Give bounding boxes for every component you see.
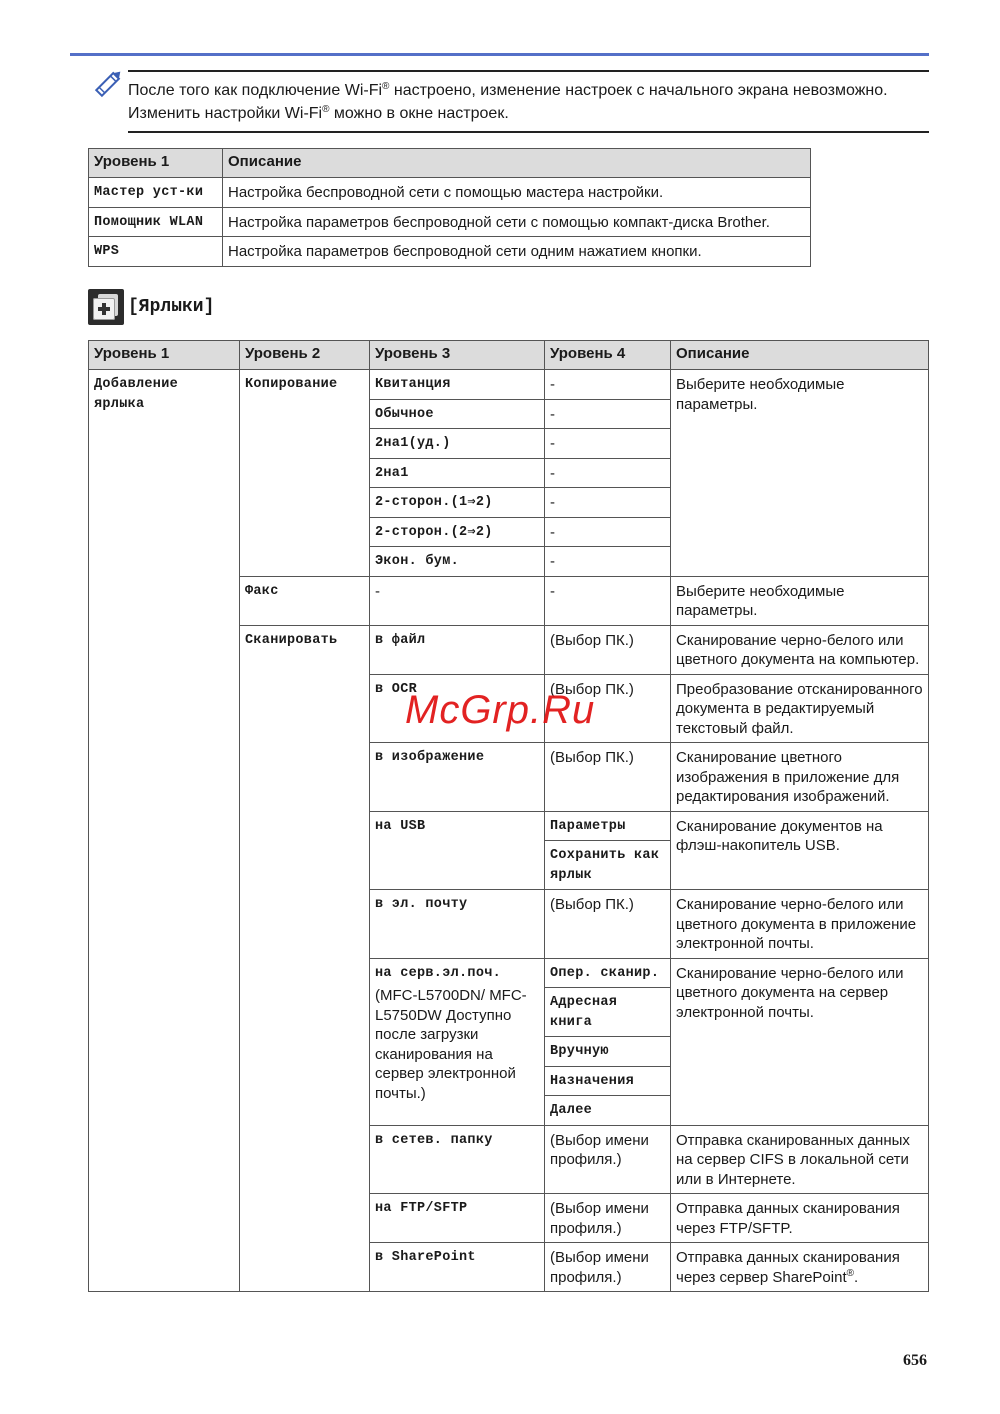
cell-level4: - — [545, 399, 671, 429]
cell-description: Отправка сканированных данных на сервер … — [671, 1125, 929, 1194]
cell-level4: (Выбор ПК.) — [545, 625, 671, 674]
table-row: Мастер уст-ки Настройка беспроводной сет… — [89, 178, 811, 208]
cell-level3: в файл — [370, 625, 545, 674]
table-header-row: Уровень 1 Уровень 2 Уровень 3 Уровень 4 … — [89, 341, 929, 370]
cell-level4: Вручную — [545, 1037, 671, 1067]
table-row: Добавление ярлыка Копирование Квитанция … — [89, 370, 929, 400]
cell-level3: 2-сторон.(1⇒2) — [370, 488, 545, 518]
shortcuts-table: Уровень 1 Уровень 2 Уровень 3 Уровень 4 … — [88, 340, 929, 1292]
header-level1: Уровень 1 — [89, 149, 223, 178]
cell-level4: - — [545, 517, 671, 547]
cell-level3: в сетев. папку — [370, 1125, 545, 1194]
cell-level4: Адресная книга — [545, 988, 671, 1037]
cell-description: Сканирование черно-белого или цветного д… — [671, 890, 929, 959]
top-rule — [70, 53, 929, 56]
page-number: 656 — [903, 1352, 927, 1370]
cell-level4: - — [545, 429, 671, 459]
cell-level4: (Выбор ПК.) — [545, 890, 671, 959]
cell-level2-scan: Сканировать — [240, 625, 370, 1292]
cell-description: Сканирование черно-белого или цветного д… — [671, 625, 929, 674]
section-title: [Ярлыки] — [128, 297, 214, 317]
cell-level3: 2на1 — [370, 458, 545, 488]
cell-level2-fax: Факс — [240, 576, 370, 625]
cell-level4: Далее — [545, 1096, 671, 1126]
cell-level4: (Выбор ПК.) — [545, 743, 671, 812]
cell-level4: Опер. сканир. — [545, 958, 671, 988]
cell-level3: Обычное — [370, 399, 545, 429]
level3-note: (MFC-L5700DN/ MFC-L5750DW Доступно после… — [375, 986, 539, 1103]
header-level2: Уровень 2 — [240, 341, 370, 370]
wireless-setup-table: Уровень 1 Описание Мастер уст-ки Настрой… — [88, 148, 811, 267]
cell-level1: WPS — [89, 237, 223, 267]
pencil-icon — [92, 66, 126, 100]
level3-label: на серв.эл.поч. — [375, 964, 539, 984]
header-level1: Уровень 1 — [89, 341, 240, 370]
cell-level3: на серв.эл.поч. (MFC-L5700DN/ MFC-L5750D… — [370, 958, 545, 1125]
note-body: После того как подключение Wi-Fi® настро… — [128, 70, 929, 133]
cell-level4: - — [545, 488, 671, 518]
header-description: Описание — [223, 149, 811, 178]
cell-level3: в SharePoint — [370, 1243, 545, 1292]
cell-level3: - — [370, 576, 545, 625]
cell-level3: 2-сторон.(2⇒2) — [370, 517, 545, 547]
cell-level3: Квитанция — [370, 370, 545, 400]
cell-description: Сканирование цветного изображения в прил… — [671, 743, 929, 812]
cell-level1: Помощник WLAN — [89, 207, 223, 237]
cell-level4: (Выбор имени профиля.) — [545, 1243, 671, 1292]
cell-level4: - — [545, 458, 671, 488]
cell-description: Сканирование документов на флэш-накопите… — [671, 811, 929, 890]
cell-level3: в изображение — [370, 743, 545, 812]
cell-level3: на USB — [370, 811, 545, 890]
cell-level2-copy: Копирование — [240, 370, 370, 577]
cell-level3: Экон. бум. — [370, 547, 545, 577]
header-level4: Уровень 4 — [545, 341, 671, 370]
cell-level3: в эл. почту — [370, 890, 545, 959]
cell-level3: 2на1(уд.) — [370, 429, 545, 459]
cell-level4: (Выбор имени профиля.) — [545, 1194, 671, 1243]
watermark: McGrp.Ru — [405, 688, 595, 733]
cell-level4: Сохранить как ярлык — [545, 841, 671, 890]
cell-description: Отправка данных сканирования через FTP/S… — [671, 1194, 929, 1243]
cell-level4: Параметры — [545, 811, 671, 841]
cell-level4: Назначения — [545, 1066, 671, 1096]
cell-description: Выберите необходимые параметры. — [671, 370, 929, 577]
note-line-2: Изменить настройки Wi-Fi® можно в окне н… — [128, 102, 929, 125]
cell-description: Выберите необходимые параметры. — [671, 576, 929, 625]
table-header-row: Уровень 1 Описание — [89, 149, 811, 178]
cell-level1: Добавление ярлыка — [89, 370, 240, 1292]
table-row: WPS Настройка параметров беспроводной се… — [89, 237, 811, 267]
cell-description: Настройка параметров беспроводной сети с… — [223, 207, 811, 237]
cell-level4: - — [545, 370, 671, 400]
cell-description: Отправка данных сканирования через серве… — [671, 1243, 929, 1292]
cell-description: Настройка беспроводной сети с помощью ма… — [223, 178, 811, 208]
table-row: Помощник WLAN Настройка параметров беспр… — [89, 207, 811, 237]
section-heading: [Ярлыки] — [88, 289, 214, 325]
cell-level4: (Выбор имени профиля.) — [545, 1125, 671, 1194]
header-level3: Уровень 3 — [370, 341, 545, 370]
cell-description: Преобразование отсканированного документ… — [671, 674, 929, 743]
cell-level1: Мастер уст-ки — [89, 178, 223, 208]
note-line-1: После того как подключение Wi-Fi® настро… — [128, 79, 929, 102]
header-description: Описание — [671, 341, 929, 370]
cell-level3: на FTP/SFTP — [370, 1194, 545, 1243]
cell-description: Настройка параметров беспроводной сети о… — [223, 237, 811, 267]
cell-level4: - — [545, 576, 671, 625]
cell-level4: - — [545, 547, 671, 577]
cell-description: Сканирование черно-белого или цветного д… — [671, 958, 929, 1125]
add-shortcut-icon — [88, 289, 124, 325]
